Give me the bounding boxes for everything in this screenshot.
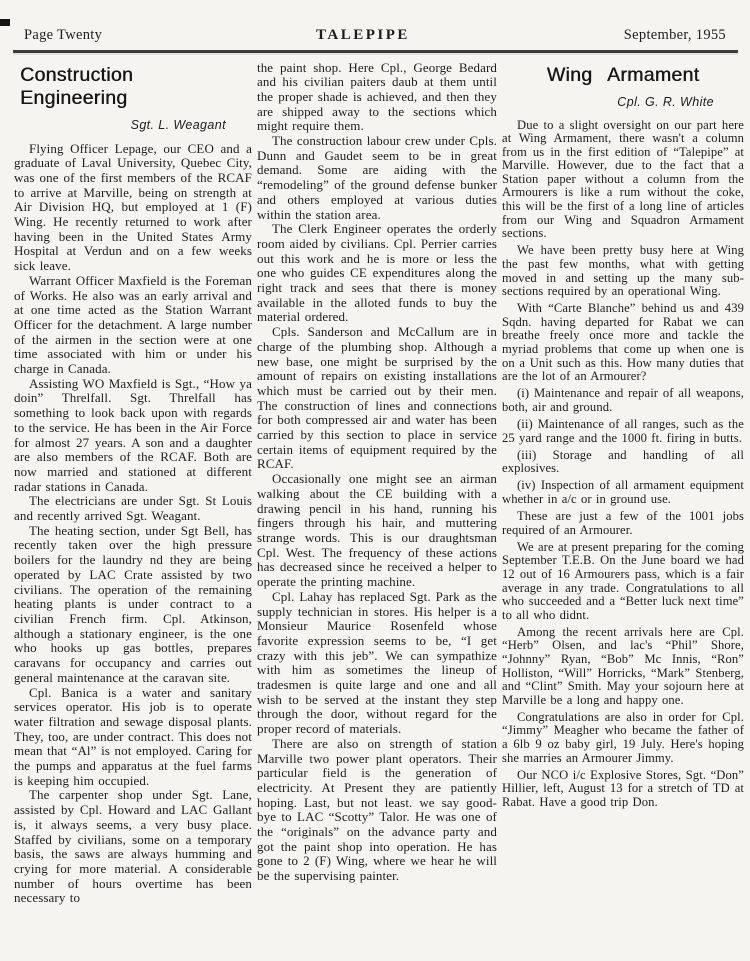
page-number-label: Page Twenty — [24, 27, 102, 44]
paragraph: (i) Maintenance and repair of all weapon… — [502, 387, 744, 414]
paragraph: The construction labour crew under Cpls.… — [257, 134, 497, 222]
paragraph: The heating section, under Sgt Bell, has… — [14, 524, 252, 686]
paragraph: (ii) Maintenance of all ranges, such as … — [502, 418, 744, 445]
paragraph: We are at present preparing for the comi… — [502, 541, 744, 623]
paragraph: The Clerk Engineer operates the orderly … — [257, 222, 497, 325]
paragraph: Congratulations are also in order for Cp… — [502, 711, 744, 765]
article-byline-construction-engineering: Sgt. L. Weagant — [14, 118, 252, 132]
scan-artifact — [0, 19, 10, 26]
paragraph: Cpl. Lahay has replaced Sgt. Park as the… — [257, 590, 497, 737]
paragraph: Our NCO i/c Explosive Stores, Sgt. “Don”… — [502, 769, 744, 810]
paragraph: (iii) Storage and handling of all explos… — [502, 449, 744, 476]
paragraph: Occasionally one might see an airman wal… — [257, 472, 497, 590]
paragraph: Flying Officer Lepage, our CEO and a gra… — [14, 142, 252, 274]
paragraph: (iv) Inspection of all armament equipmen… — [502, 479, 744, 506]
paragraph: Cpls. Sanderson and McCallum are in char… — [257, 325, 497, 472]
paragraph: We have been pretty busy here at Wing th… — [502, 244, 744, 298]
article-body-construction-engineering-1: Flying Officer Lepage, our CEO and a gra… — [14, 142, 252, 907]
newspaper-page: { "header": { "left": "Page Twenty", "ce… — [0, 0, 750, 961]
page-header: Page Twenty TALEPIPE September, 1955 — [0, 0, 750, 44]
paragraph: Warrant Officer Maxfield is the Foreman … — [14, 274, 252, 377]
paragraph: The electricians are under Sgt. St Louis… — [14, 494, 252, 523]
paragraph: These are just a few of the 1001 jobs re… — [502, 510, 744, 537]
article-construction-engineering-column-2: the paint shop. Here Cpl., George Bedard… — [257, 59, 497, 907]
article-title-wing-armament: Wing Armament — [502, 64, 744, 87]
paragraph: Cpl. Banica is a water and sanitary serv… — [14, 686, 252, 789]
article-construction-engineering-column-1: Construction Engineering Sgt. L. Weagant… — [14, 59, 252, 907]
paragraph: The carpenter shop under Sgt. Lane, assi… — [14, 788, 252, 906]
paragraph: With “Carte Blanche” behind us and 439 S… — [502, 302, 744, 384]
article-body-wing-armament: Due to a slight oversight on our part he… — [502, 119, 744, 810]
article-title-construction-engineering: Construction Engineering — [20, 64, 252, 110]
article-body-construction-engineering-2: the paint shop. Here Cpl., George Bedard… — [257, 61, 497, 884]
paragraph: Due to a slight oversight on our part he… — [502, 119, 744, 241]
masthead-title: TALEPIPE — [316, 27, 410, 44]
page-columns: Construction Engineering Sgt. L. Weagant… — [0, 53, 750, 907]
article-wing-armament-column: Wing Armament Cpl. G. R. White Due to a … — [502, 59, 744, 907]
paragraph: There are also on strength of station Ma… — [257, 737, 497, 884]
paragraph: Assisting WO Maxfield is Sgt., “How ya d… — [14, 377, 252, 495]
issue-date-label: September, 1955 — [624, 27, 726, 44]
paragraph: Among the recent arrivals here are Cpl. … — [502, 626, 744, 708]
paragraph: the paint shop. Here Cpl., George Bedard… — [257, 61, 497, 135]
article-byline-wing-armament: Cpl. G. R. White — [502, 95, 744, 109]
